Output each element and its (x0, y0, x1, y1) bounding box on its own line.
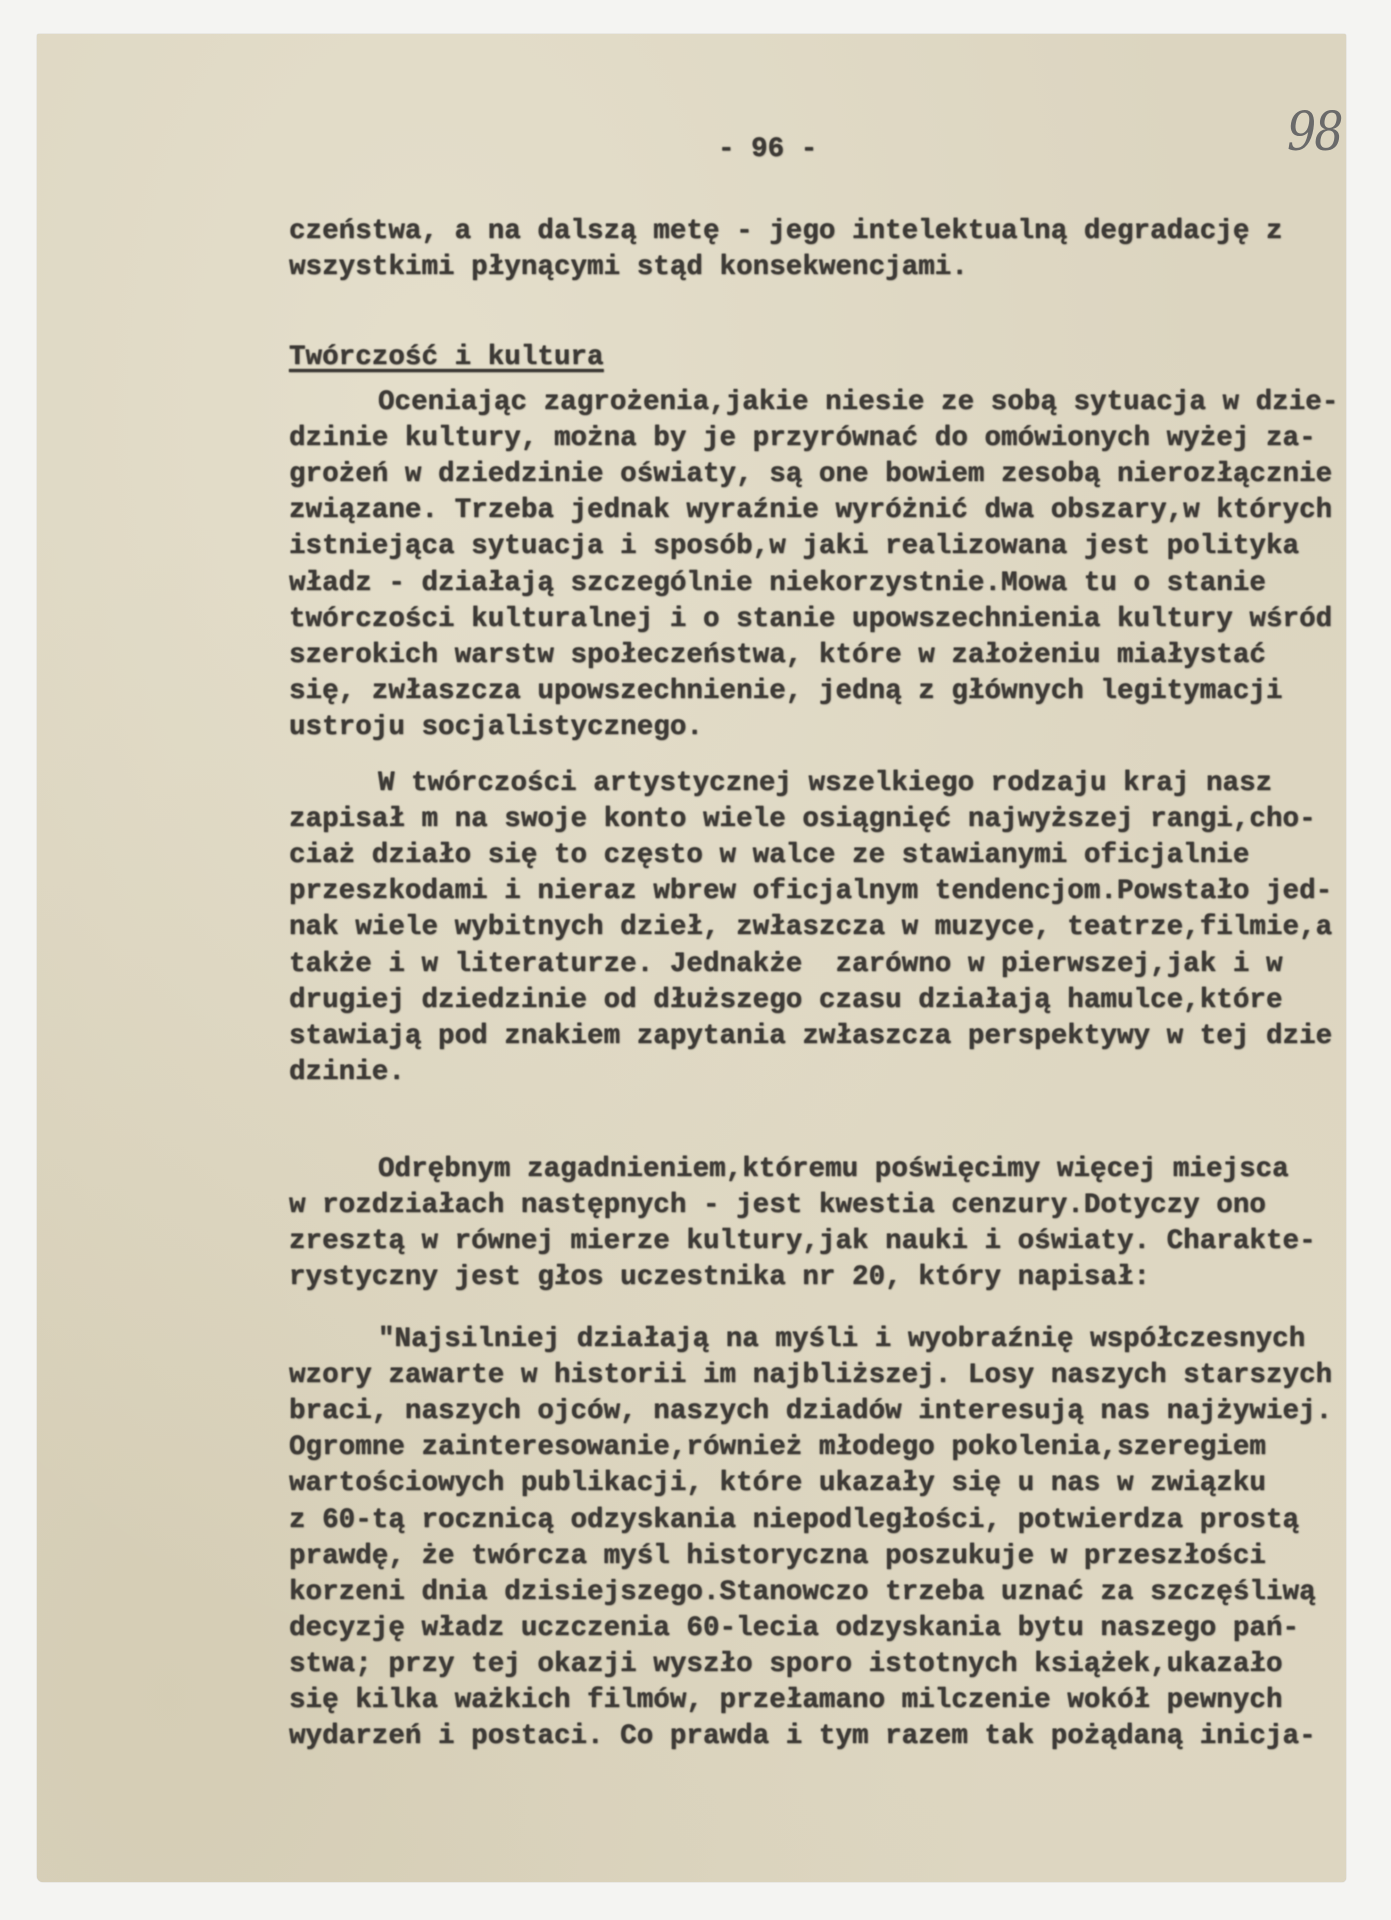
quote-line: stwa; przy tej okazji wyszło sporo istot… (289, 1650, 1283, 1680)
paragraph-line: Odrębnym zagadnieniem,któremu poświęcimy… (378, 1155, 1289, 1185)
quote-line: się kilka ważkich filmów, przełamano mil… (289, 1686, 1283, 1716)
paragraph-line: rystyczny jest głos uczestnika nr 20, kt… (289, 1263, 1150, 1293)
quote-line: decyzję władz uczczenia 60-lecia odzyska… (289, 1614, 1299, 1644)
paragraph-line: istniejąca sytuacja i sposób,w jaki real… (289, 532, 1299, 562)
paragraph-line: ustroju socjalistycznego. (289, 713, 703, 743)
quote-line: korzeni dnia dzisiejszego.Stanowczo trze… (289, 1578, 1316, 1608)
paragraph-line: w rozdziałach następnych - jest kwestia … (289, 1191, 1266, 1221)
quote-line: z 60-tą rocznicą odzyskania niepodległoś… (289, 1506, 1299, 1536)
quote-line: wartościowych publikacji, które ukazały … (289, 1469, 1266, 1499)
paragraph-line: dzinie kultury, można by je przyrównać d… (289, 424, 1316, 454)
paragraph-line: Oceniając zagrożenia,jakie niesie ze sob… (378, 388, 1338, 418)
paragraph-line: drugiej dziedzinie od dłuższego czasu dz… (289, 986, 1283, 1016)
quote-line: Ogromne zainteresowanie,również młodego … (289, 1433, 1266, 1463)
paragraph-line: nak wiele wybitnych dzieł, zwłaszcza w m… (289, 913, 1332, 943)
paragraph-line: zresztą w równej mierze kultury,jak nauk… (289, 1227, 1316, 1257)
paragraph-line: władz - działają szczególnie niekorzystn… (289, 569, 1266, 599)
paragraph-line: zapisał m na swoje konto wiele osiągnięć… (289, 805, 1316, 835)
page-number: - 96 - (718, 135, 817, 165)
paragraph-line: W twórczości artystycznej wszelkiego rod… (378, 769, 1272, 799)
text-line: czeństwa, a na dalszą metę - jego intele… (289, 217, 1283, 247)
quote-line: braci, naszych ojców, naszych dziadów in… (289, 1397, 1332, 1427)
paragraph-line: dzinie. (289, 1058, 405, 1088)
quote-line: wydarzeń i postaci. Co prawda i tym raze… (289, 1722, 1316, 1752)
quote-line: wzory zawarte w historii im najbliższej.… (289, 1361, 1332, 1391)
paragraph-line: ciaż działo się to często w walce ze sta… (289, 841, 1249, 871)
section-heading: Twórczość i kultura (289, 343, 604, 373)
text-line: wszystkimi płynącymi stąd konsekwencjami… (289, 253, 968, 283)
paragraph-line: grożeń w dziedzinie oświaty, są one bowi… (289, 460, 1332, 490)
paragraph-line: stawiają pod znakiem zapytania zwłaszcza… (289, 1022, 1332, 1052)
paragraph-line: twórczości kulturalnej i o stanie upowsz… (289, 605, 1332, 635)
paragraph-line: przeszkodami i nieraz wbrew oficjalnym t… (289, 877, 1332, 907)
quote-line: "Najsilniej działają na myśli i wyobraźn… (378, 1325, 1305, 1355)
paragraph-line: także i w literaturze. Jednakże zarówno … (289, 950, 1283, 980)
paragraph-line: się, zwłaszcza upowszechnienie, jedną z … (289, 677, 1283, 707)
handwritten-folio-number: 98 (1287, 100, 1342, 162)
paragraph-line: związane. Trzeba jednak wyraźnie wyróżni… (289, 496, 1332, 526)
paragraph-line: szerokich warstw społeczeństwa, które w … (289, 641, 1266, 671)
quote-line: prawdę, że twórcza myśl historyczna posz… (289, 1542, 1266, 1572)
